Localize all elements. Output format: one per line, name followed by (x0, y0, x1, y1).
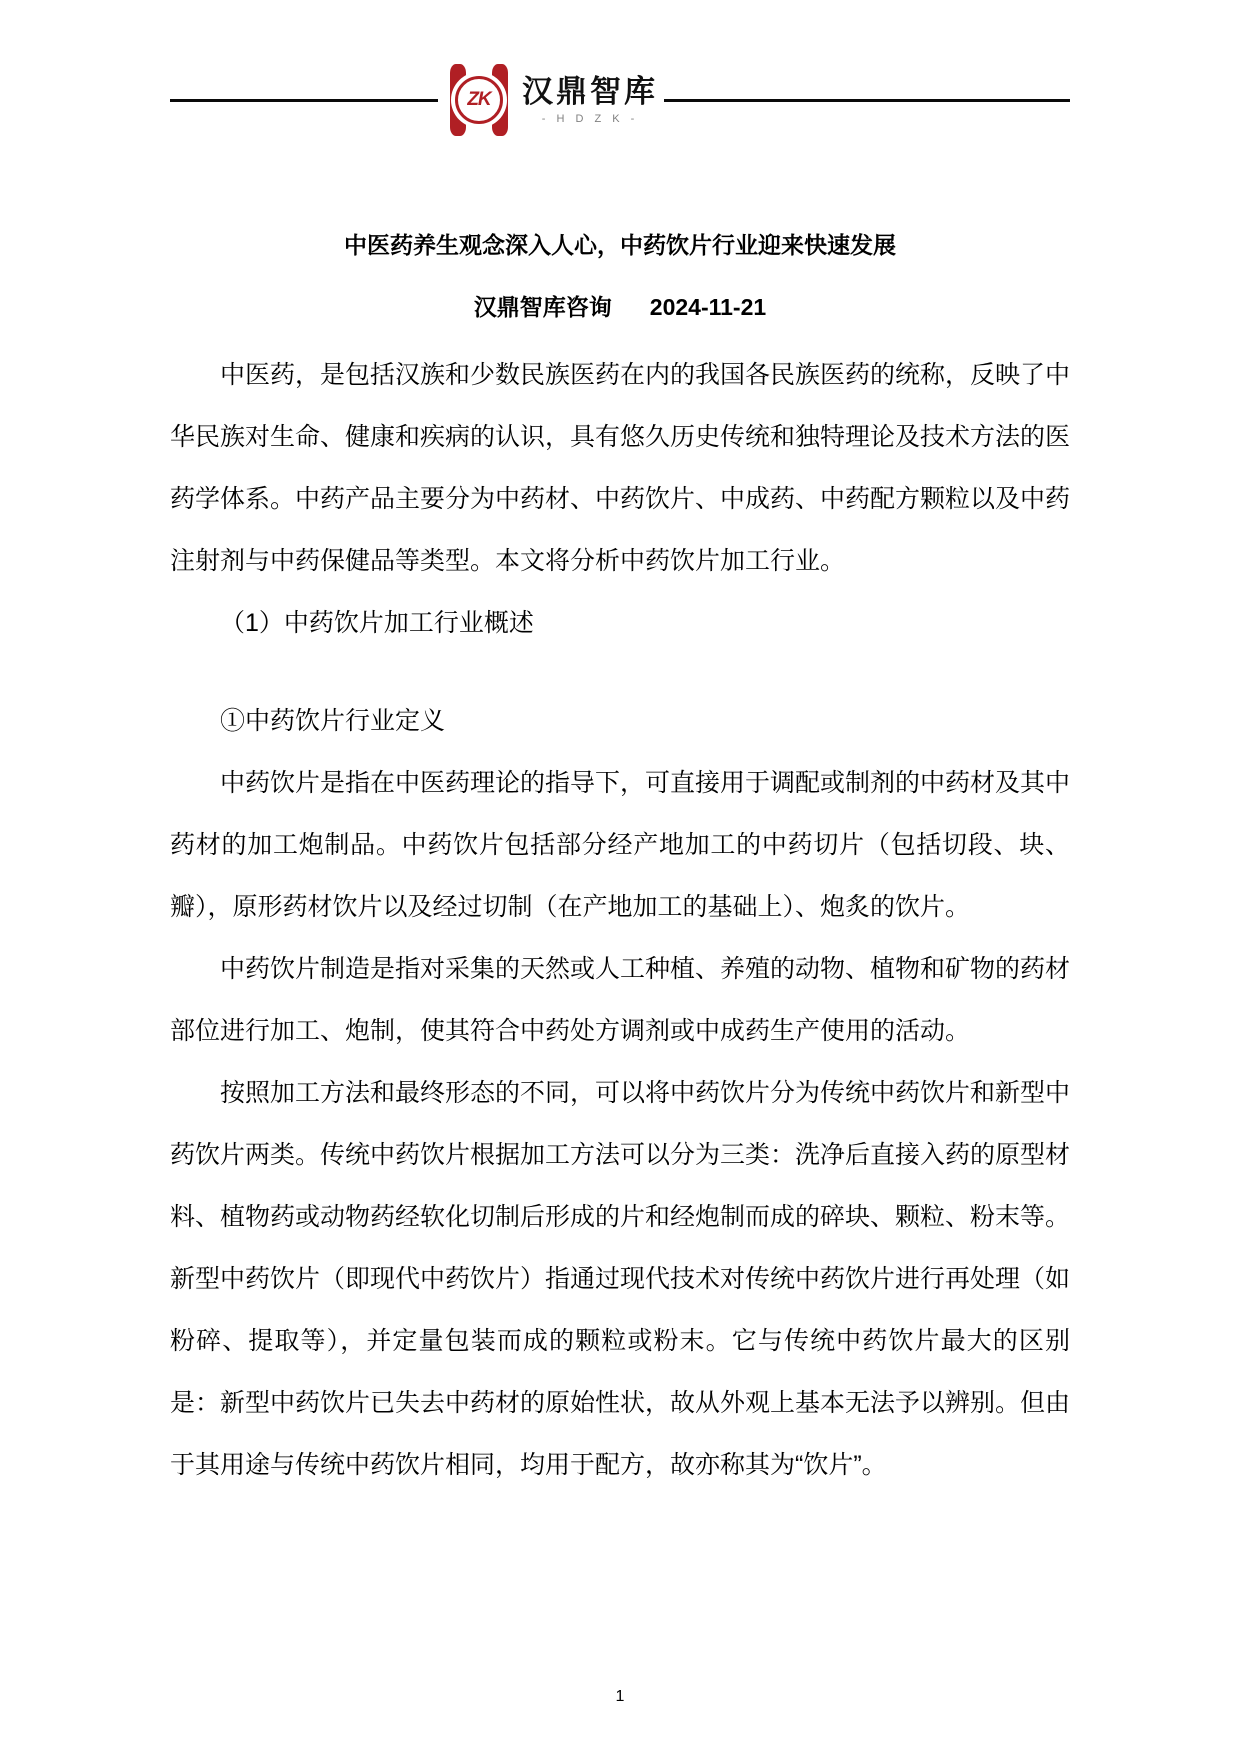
section-heading: （1）中药饮片加工行业概述 (170, 592, 1070, 654)
article-body: 中医药，是包括汉族和少数民族医药在内的我国各民族医药的统称，反映了中华民族对生命… (170, 344, 1070, 1496)
article-byline: 汉鼎智库咨询 2024-11-21 (170, 276, 1070, 338)
header-rule-right (664, 99, 1070, 102)
byline-date: 2024-11-21 (650, 276, 766, 338)
article-paragraph: 按照加工方法和最终形态的不同，可以将中药饮片分为传统中药饮片和新型中药饮片两类。… (170, 1062, 1070, 1496)
byline-author: 汉鼎智库咨询 (474, 276, 612, 338)
header-rule-left (170, 99, 438, 102)
article-title: 中医药养生观念深入人心，中药饮片行业迎来快速发展 (170, 214, 1070, 276)
brand-name: 汉鼎智库 (522, 75, 658, 109)
article-paragraph: 中药饮片制造是指对采集的天然或人工种植、养殖的动物、植物和矿物的药材部位进行加工… (170, 938, 1070, 1062)
brand-logo-text: 汉鼎智库 - H D Z K - (522, 75, 658, 124)
brand-abbreviation: - H D Z K - (522, 113, 658, 125)
article-paragraph: 中医药，是包括汉族和少数民族医药在内的我国各民族医药的统称，反映了中华民族对生命… (170, 344, 1070, 592)
sub-section-heading: ①中药饮片行业定义 (170, 690, 1070, 752)
article-paragraph: 中药饮片是指在中医药理论的指导下，可直接用于调配或制剂的中药材及其中药材的加工炮… (170, 752, 1070, 938)
emblem-monogram: ZK (467, 89, 490, 111)
brand-emblem-icon: ZK (450, 64, 508, 136)
document-header: ZK 汉鼎智库 - H D Z K - (170, 62, 1070, 138)
document-page: ZK 汉鼎智库 - H D Z K - 中医药养生观念深入人心，中药饮片行业迎来… (0, 62, 1240, 1496)
page-number: 1 (0, 1688, 1240, 1706)
emblem-circle: ZK (455, 76, 503, 124)
brand-logo: ZK 汉鼎智库 - H D Z K - (438, 64, 664, 136)
